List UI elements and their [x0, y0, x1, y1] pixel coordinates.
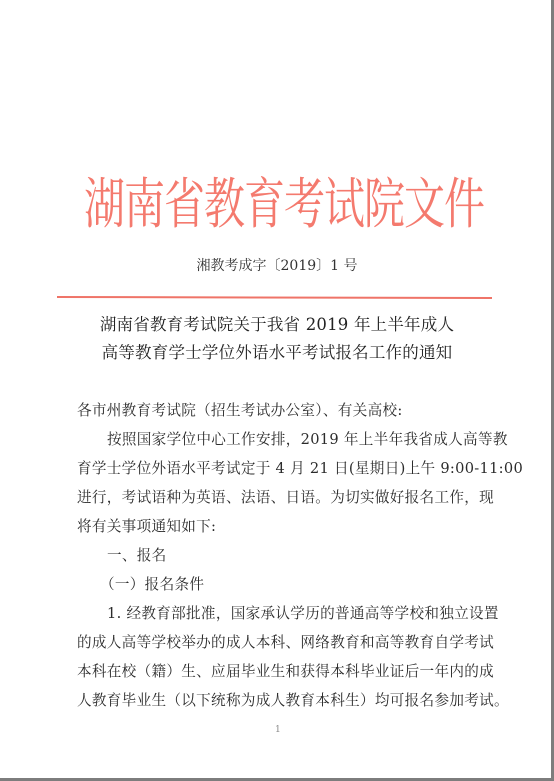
masthead-title: 湖南省教育考试院文件 — [84, 155, 468, 252]
notice-title-line-1: 湖南省教育考试院关于我省 2019 年上半年成人 — [0, 315, 554, 335]
salutation: 各市州教育考试院（招生考试办公室）、有关高校: — [77, 401, 477, 421]
red-divider-line — [57, 296, 492, 299]
notice-title-line-2: 高等教育学士学位外语水平考试报名工作的通知 — [0, 343, 554, 363]
item-1-line-3: 本科在校（籍）生、应届毕业生和获得本科毕业证后一年内的成 — [77, 662, 473, 682]
paragraph-1-line-2: 育学士学位外语水平考试定于 4 月 21 日(星期日)上午 9:00-11:00 — [77, 459, 473, 479]
subsection-heading: （一）报名条件 — [100, 575, 500, 595]
item-1-line-1: 1. 经教育部批准，国家承认学历的普通高等学校和独立设置 — [107, 604, 473, 624]
document-number: 湘教考成字〔2019〕1 号 — [0, 256, 554, 276]
item-1-line-2: 的成人高等学校举办的成人本科、网络教育和高等教育自学考试 — [77, 633, 473, 653]
paragraph-1-line-4: 将有关事项通知如下: — [77, 517, 477, 537]
section-heading: 一、报名 — [107, 546, 507, 566]
paragraph-1-line-3: 进行，考试语种为英语、法语、日语。为切实做好报名工作，现 — [77, 488, 473, 508]
paragraph-1-line-1: 按照国家学位中心工作安排，2019 年上半年我省成人高等教 — [107, 430, 473, 450]
item-1-line-4: 人教育毕业生（以下统称为成人教育本科生）均可报名参加考试。 — [77, 691, 473, 711]
page-number: 1 — [275, 725, 281, 735]
document-page: 湖南省教育考试院文件 湘教考成字〔2019〕1 号 湖南省教育考试院关于我省 2… — [0, 0, 554, 781]
